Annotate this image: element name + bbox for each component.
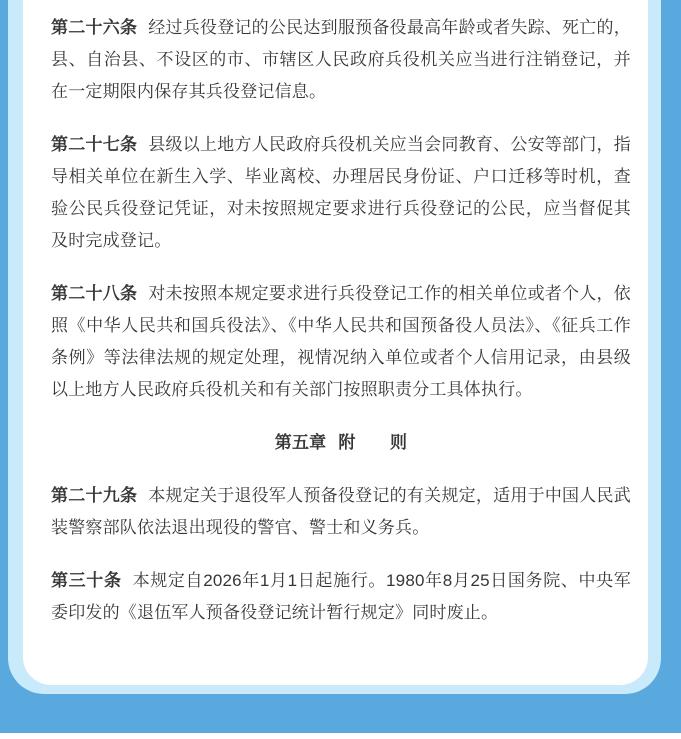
article-26: 第二十六条经过兵役登记的公民达到服预备役最高年龄或者失踪、死亡的，县、自治县、不… xyxy=(51,12,631,108)
chapter-5-title: 附 则 xyxy=(338,433,407,452)
article-28-number: 第二十八条 xyxy=(51,284,137,303)
article-29: 第二十九条本规定关于退役军人预备役登记的有关规定，适用于中国人民武装警察部队依法… xyxy=(51,480,631,544)
article-28: 第二十八条对未按照本规定要求进行兵役登记工作的相关单位或者个人，依照《中华人民共… xyxy=(51,278,631,406)
page-bottom-white-strip xyxy=(0,733,681,739)
regulation-text-body: 第二十六条经过兵役登记的公民达到服预备役最高年龄或者失踪、死亡的，县、自治县、不… xyxy=(51,12,631,629)
article-30: 第三十条本规定自2026年1月1日起施行。1980年8月25日国务院、中央军委印… xyxy=(51,565,631,629)
page-background: 第二十六条经过兵役登记的公民达到服预备役最高年龄或者失踪、死亡的，县、自治县、不… xyxy=(0,0,681,739)
article-26-number: 第二十六条 xyxy=(51,18,137,37)
article-29-text: 本规定关于退役军人预备役登记的有关规定，适用于中国人民武装警察部队依法退出现役的… xyxy=(51,486,631,537)
article-30-number: 第三十条 xyxy=(51,571,122,590)
article-28-text: 对未按照本规定要求进行兵役登记工作的相关单位或者个人，依照《中华人民共和国兵役法… xyxy=(51,284,631,399)
article-29-number: 第二十九条 xyxy=(51,486,137,505)
chapter-5-label: 第五章 xyxy=(275,433,327,452)
article-26-text: 经过兵役登记的公民达到服预备役最高年龄或者失踪、死亡的，县、自治县、不设区的市、… xyxy=(51,18,631,101)
article-27-text: 县级以上地方人民政府兵役机关应当会同教育、公安等部门，指导相关单位在新生入学、毕… xyxy=(51,135,631,250)
article-30-text: 本规定自2026年1月1日起施行。1980年8月25日国务院、中央军委印发的《退… xyxy=(51,571,631,622)
article-27-number: 第二十七条 xyxy=(51,135,137,154)
article-27: 第二十七条县级以上地方人民政府兵役机关应当会同教育、公安等部门，指导相关单位在新… xyxy=(51,129,631,257)
chapter-5-heading: 第五章附 则 xyxy=(51,427,631,459)
